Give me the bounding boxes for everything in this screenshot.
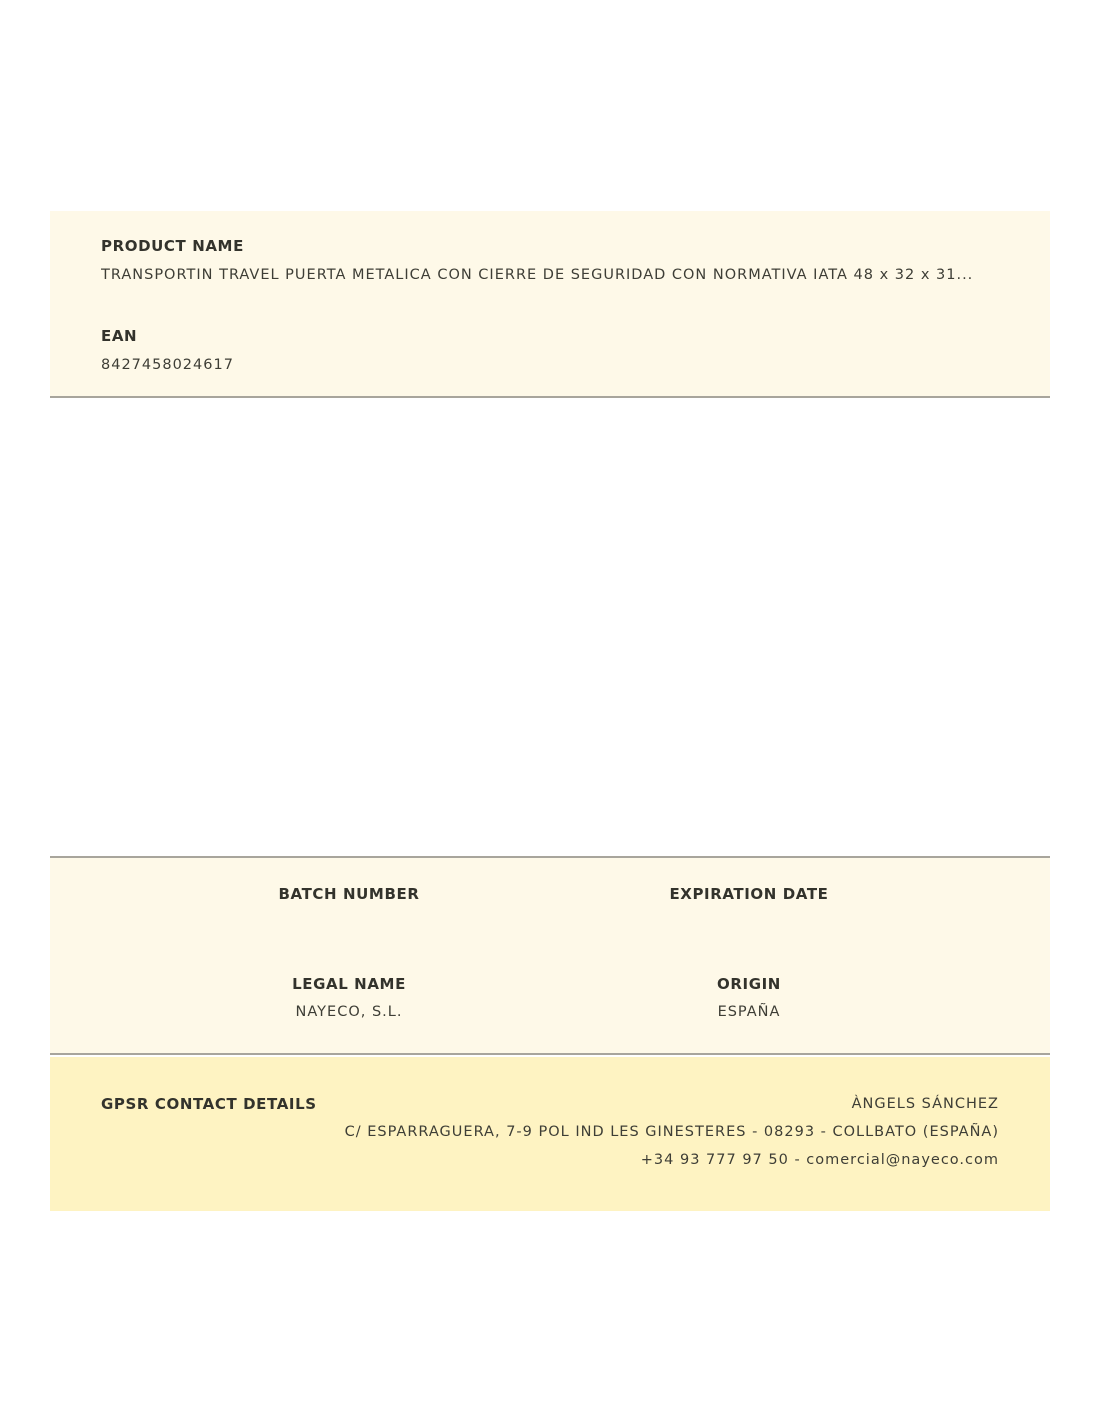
gpsr-contact-panel: GPSR CONTACT DETAILS ÀNGELS SÁNCHEZ C/ E… <box>50 1057 1050 1211</box>
contact-person: ÀNGELS SÁNCHEZ <box>345 1093 999 1115</box>
expiration-date-label: EXPIRATION DATE <box>549 883 949 905</box>
product-name-value: TRANSPORTIN TRAVEL PUERTA METALICA CON C… <box>101 264 1000 286</box>
expiration-date-cell: EXPIRATION DATE <box>549 883 949 911</box>
gpsr-contact-label: GPSR CONTACT DETAILS <box>101 1093 317 1115</box>
legal-name-value: NAYECO, S.L. <box>149 1001 549 1023</box>
origin-value: ESPAÑA <box>549 1001 949 1023</box>
product-meta-panel: BATCH NUMBER EXPIRATION DATE LEGAL NAME … <box>50 856 1050 1055</box>
product-name-label: PRODUCT NAME <box>101 235 1000 257</box>
batch-number-label: BATCH NUMBER <box>149 883 549 905</box>
product-info-panel: PRODUCT NAME TRANSPORTIN TRAVEL PUERTA M… <box>50 211 1050 398</box>
legal-name-label: LEGAL NAME <box>149 973 549 995</box>
legal-name-cell: LEGAL NAME NAYECO, S.L. <box>149 973 549 1023</box>
ean-label: EAN <box>101 325 1000 347</box>
contact-details: ÀNGELS SÁNCHEZ C/ ESPARRAGUERA, 7-9 POL … <box>345 1093 999 1177</box>
origin-label: ORIGIN <box>549 973 949 995</box>
contact-address: C/ ESPARRAGUERA, 7-9 POL IND LES GINESTE… <box>345 1121 999 1143</box>
origin-cell: ORIGIN ESPAÑA <box>549 973 949 1023</box>
batch-number-cell: BATCH NUMBER <box>149 883 549 911</box>
ean-value: 8427458024617 <box>101 354 1000 376</box>
contact-phone-email: +34 93 777 97 50 - comercial@nayeco.com <box>345 1149 999 1171</box>
